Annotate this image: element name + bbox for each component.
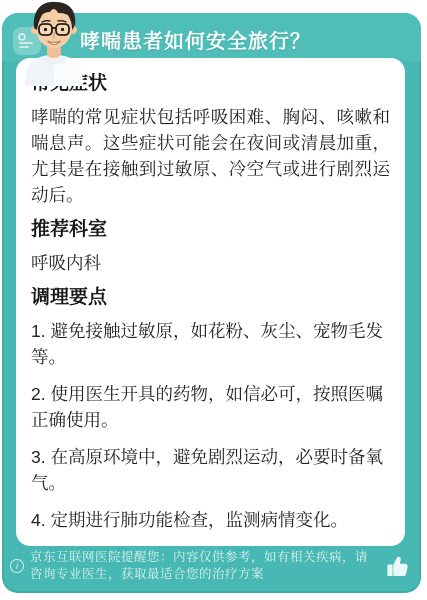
care-item-3: 3. 在高原环境中，避免剧烈运动，必要时备氧气。 xyxy=(31,444,390,496)
card-header: 哮喘患者如何安全旅行？ xyxy=(2,13,421,61)
department-value: 呼吸内科 xyxy=(31,250,390,276)
department-heading: 推荐科室 xyxy=(31,218,390,241)
content-card: 常见症状 哮喘的常见症状包括呼吸困难、胸闷、咳嗽和喘息声。这些症状可能会在夜间或… xyxy=(16,58,405,546)
health-qa-card: 哮喘患者如何安全旅行？ 常见症状 哮喘的常见症状包括呼吸困难、胸闷、咳嗽和喘息声… xyxy=(2,13,421,593)
hospital-badge-icon xyxy=(13,27,41,55)
page-title: 哮喘患者如何安全旅行？ xyxy=(80,25,311,54)
care-heading: 调理要点 xyxy=(31,286,390,309)
care-item-1: 1. 避免接触过敏原，如花粉、灰尘、宠物毛发等。 xyxy=(31,318,390,370)
symptoms-heading: 常见症状 xyxy=(31,72,390,95)
care-item-2: 2. 使用医生开具的药物，如信必可，按照医嘱正确使用。 xyxy=(31,381,390,433)
info-icon: i xyxy=(10,559,24,573)
thumbs-up-icon[interactable] xyxy=(383,551,413,581)
symptoms-paragraph: 哮喘的常见症状包括呼吸困难、胸闷、咳嗽和喘息声。这些症状可能会在夜间或清晨加重，… xyxy=(31,104,390,208)
care-item-5: 5. 如果出现哮喘发作的症状，立即就医并接受治疗。 xyxy=(31,544,390,546)
care-item-4: 4. 定期进行肺功能检查，监测病情变化。 xyxy=(31,507,390,533)
card-footer: i 京东互联网医院提醒您：内容仅供参考，如有相关疾病，请咨询专业医生，获取最适合… xyxy=(2,543,421,593)
disclaimer-text: 京东互联网医院提醒您：内容仅供参考，如有相关疾病，请咨询专业医生，获取最适合您的… xyxy=(30,549,379,583)
